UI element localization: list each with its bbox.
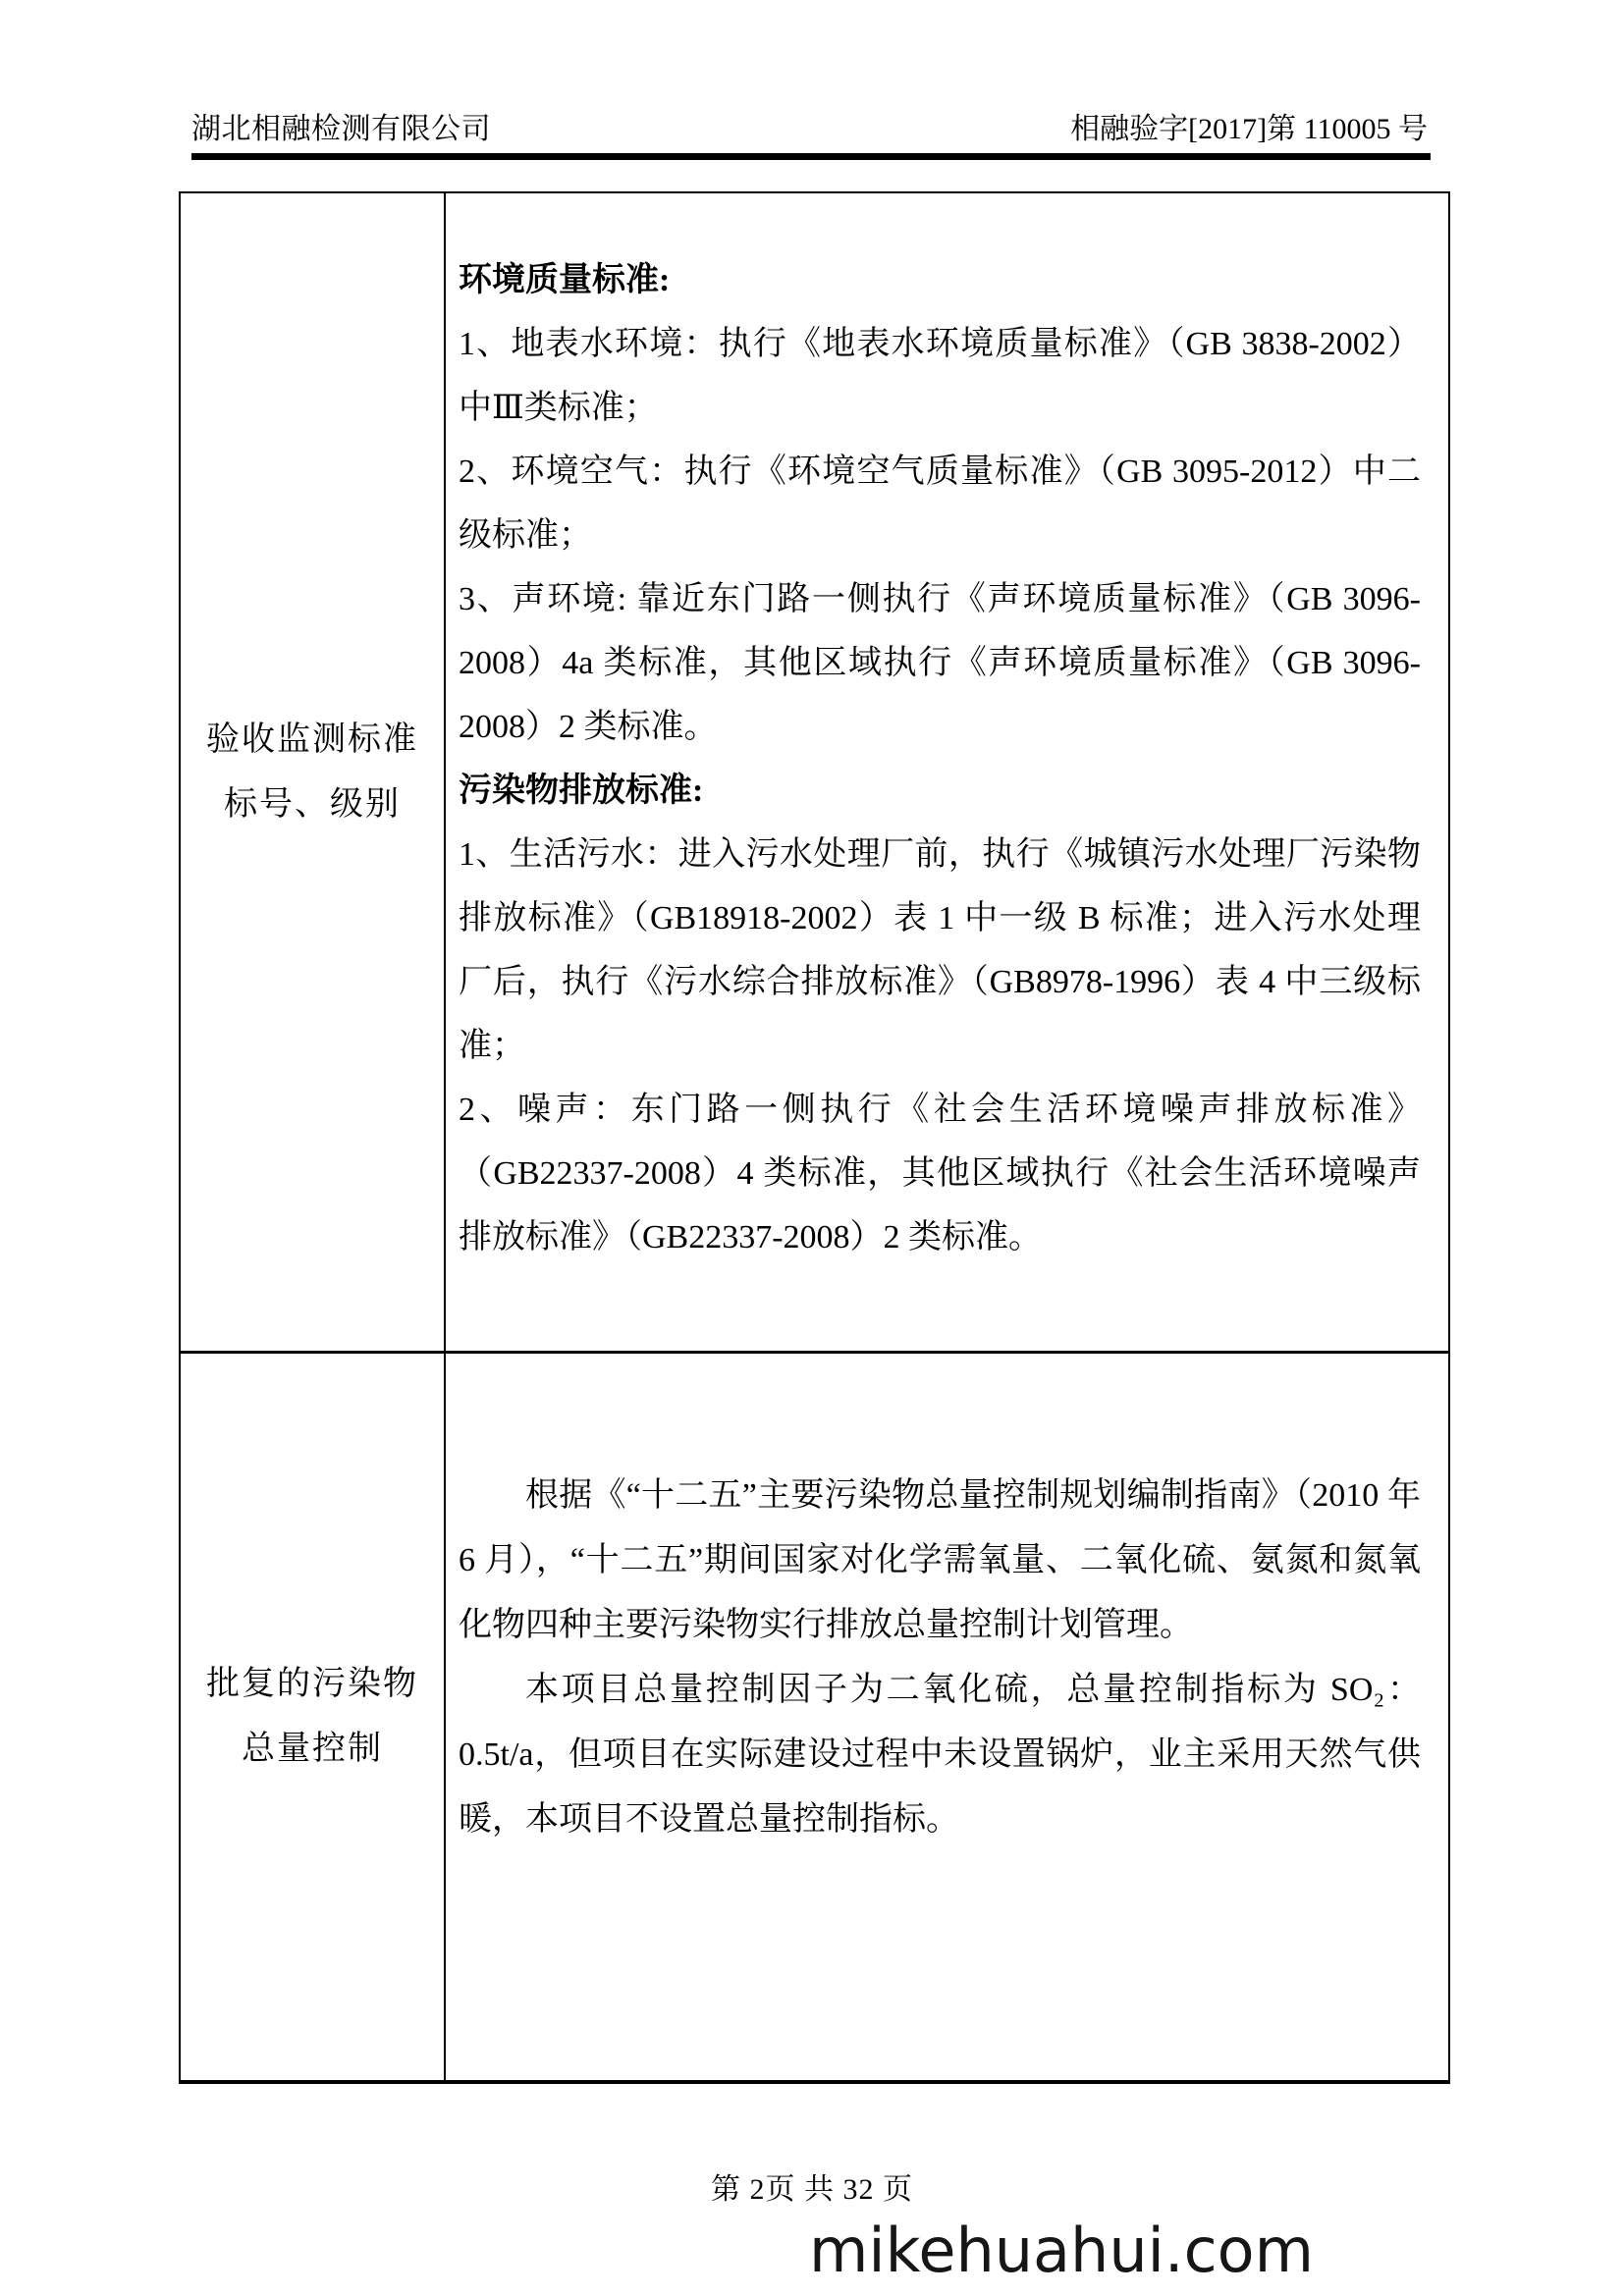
acoustic-env-standard-item: 3、声环境: 靠近东门路一侧执行《声环境质量标准》（GB 3096-2008）4… xyxy=(459,567,1421,759)
row-label-line: 总量控制 xyxy=(242,1717,383,1782)
row-label-line: 批复的污染物 xyxy=(206,1652,418,1717)
ambient-air-standard-item: 2、环境空气：执行《环境空气质量标准》（GB 3095-2012）中二级标准； xyxy=(459,440,1421,567)
page-number: 第 2页 共 32 页 xyxy=(0,2164,1624,2208)
noise-standard-item: 2、噪声：东门路一侧执行《社会生活环境噪声排放标准》（GB22337-2008）… xyxy=(459,1078,1421,1269)
env-quality-standards-heading: 环境质量标准: xyxy=(459,248,1421,312)
twelfth-five-plan-paragraph: 根据《“十二五”主要污染物总量控制规划编制指南》（2010 年 6 月），“十二… xyxy=(459,1464,1421,1658)
site-watermark: mikehuahui.com xyxy=(809,2215,1314,2286)
document-page: { "header": { "company": "湖北相融检测有限公司", "… xyxy=(0,0,1624,2296)
header-divider-rule xyxy=(191,153,1431,160)
standards-table: 验收监测标准 标号、级别 环境质量标准: 1、地表水环境：执行《地表水环境质量标… xyxy=(179,191,1450,2084)
row-label-approved-total-control: 批复的污染物 总量控制 xyxy=(181,1354,446,2080)
row-label-line: 标号、级别 xyxy=(224,773,401,837)
pollutant-discharge-standards-heading: 污染物排放标准: xyxy=(459,759,1421,823)
row-label-line: 验收监测标准 xyxy=(206,708,418,773)
surface-water-standard-item: 1、地表水环境：执行《地表水环境质量标准》（GB 3838-2002）中Ⅲ类标准… xyxy=(459,312,1421,440)
row-label-monitoring-standards: 验收监测标准 标号、级别 xyxy=(181,193,446,1354)
domestic-sewage-standard-item: 1、生活污水：进入污水处理厂前，执行《城镇污水处理厂污染物排放标准》（GB189… xyxy=(459,823,1421,1078)
header-document-number: 相融验字[2017]第 110005 号 xyxy=(1070,104,1428,147)
project-total-control-paragraph: 本项目总量控制因子为二氧化硫，总量控制指标为 SO₂：0.5t/a，但项目在实际… xyxy=(459,1658,1421,1852)
monitoring-standards-content: 环境质量标准: 1、地表水环境：执行《地表水环境质量标准》（GB 3838-20… xyxy=(446,193,1448,1354)
header-company-name: 湖北相融检测有限公司 xyxy=(191,104,491,147)
total-control-content: 根据《“十二五”主要污染物总量控制规划编制指南》（2010 年 6 月），“十二… xyxy=(446,1354,1448,2080)
